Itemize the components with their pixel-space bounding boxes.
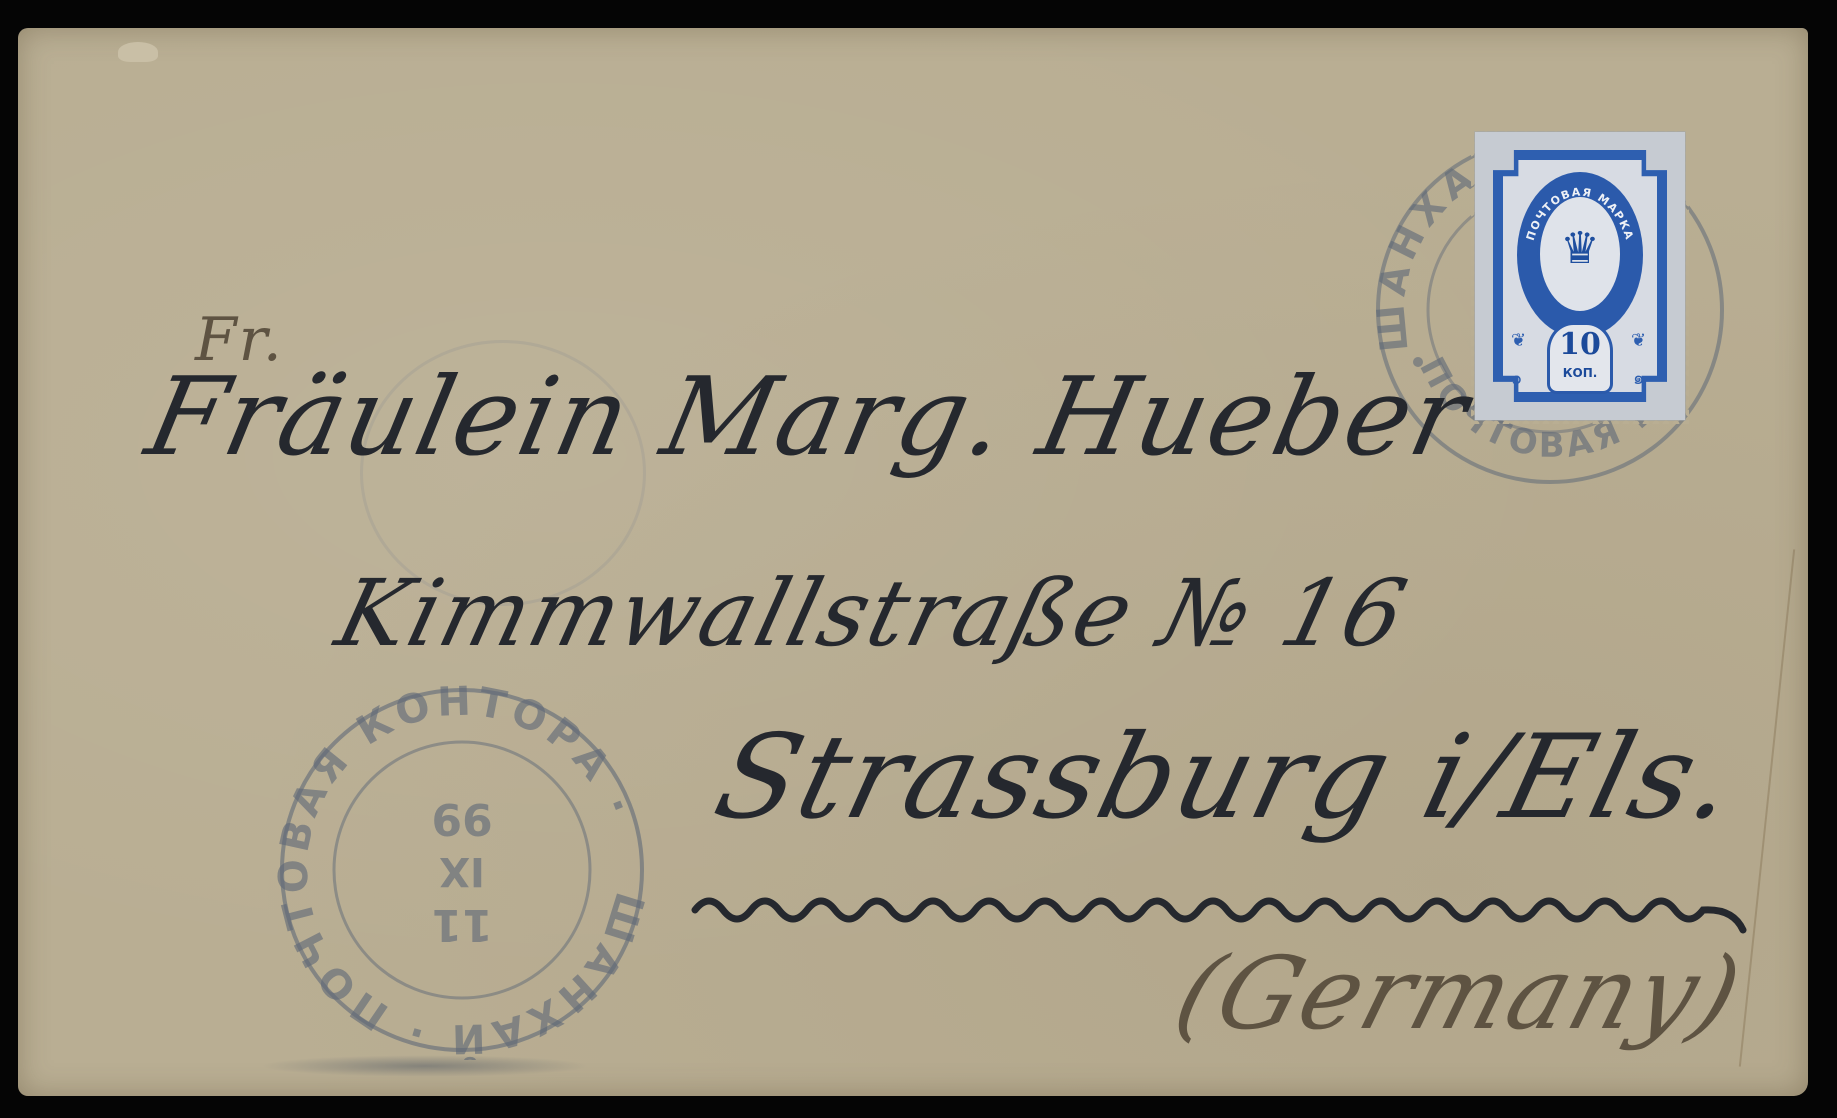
- address-line-recipient: Fräulein Marg. Hueber: [137, 355, 1480, 480]
- scroll-ornament-icon: ❦: [1631, 332, 1646, 350]
- envelope-flap-edge: [1739, 549, 1795, 1066]
- torn-corner: [118, 42, 158, 62]
- address-line-city: Strassburg i/Els.: [703, 710, 1750, 845]
- address-line-street: Kimmwallstraße № 16: [327, 560, 1418, 667]
- double-headed-eagle-icon: ♛: [1555, 214, 1605, 284]
- stamp-unit: КОП.: [1547, 366, 1613, 380]
- stamp-value: 10: [1547, 328, 1613, 362]
- address-line-country: (Germany): [1163, 935, 1755, 1052]
- scroll-ornament-icon: ๑: [1511, 370, 1522, 388]
- scroll-ornament-icon: ๑: [1633, 370, 1644, 388]
- scroll-ornament-icon: ❦: [1511, 332, 1526, 350]
- postage-stamp: ПОЧТОВАЯ МАРКА ♛ 10 КОП. ❦ ❦ ๑ ๑: [1475, 132, 1685, 420]
- ink-smudge: [260, 1055, 590, 1077]
